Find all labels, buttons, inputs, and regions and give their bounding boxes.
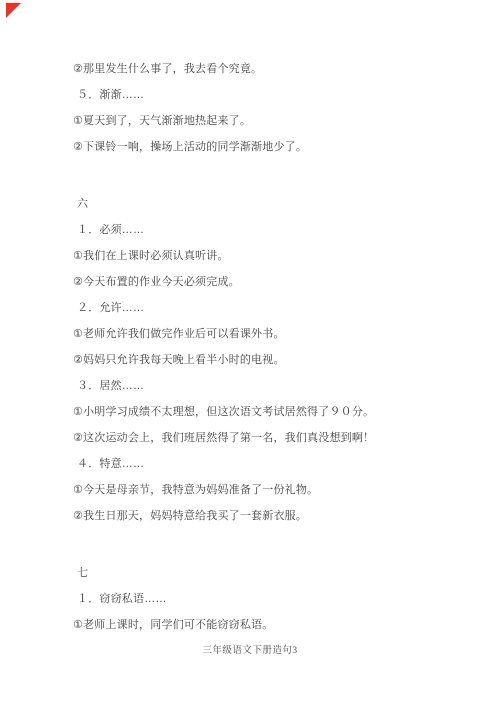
document-lines: ②那里发生什么事了，我去看个究竟。５．渐渐……①夏天到了，天气渐渐地热起来了。②…	[0, 0, 500, 638]
sentence-line: ①小明学习成绩不太理想，但这次语文考试居然得了９０分。	[0, 399, 500, 425]
sentence-line: ①老师上课时，同学们可不能窃窃私语。	[0, 612, 500, 638]
section-heading: 六	[0, 191, 500, 217]
section-heading: 七	[0, 560, 500, 586]
sentence-line: ①老师允许我们做完作业后可以看课外书。	[0, 321, 500, 347]
sentence-line: ②那里发生什么事了，我去看个究竟。	[0, 56, 500, 82]
worksheet-page: ②那里发生什么事了，我去看个究竟。５．渐渐……①夏天到了，天气渐渐地热起来了。②…	[0, 0, 500, 708]
sentence-line: ①今天是母亲节，我特意为妈妈准备了一份礼物。	[0, 477, 500, 503]
prompt-line: ５．渐渐……	[0, 82, 500, 108]
sentence-line: ②我生日那天，妈妈特意给我买了一套新衣服。	[0, 503, 500, 529]
sentence-line: ②这次运动会上，我们班居然得了第一名，我们真没想到啊！	[0, 425, 500, 451]
prompt-line: ３．居然……	[0, 373, 500, 399]
sentence-line: ②下课铃一响，操场上活动的同学渐渐地少了。	[0, 134, 500, 160]
sentence-line: ①我们在上课时必须认真听讲。	[0, 243, 500, 269]
sentence-line: ②今天布置的作业今天必须完成。	[0, 269, 500, 295]
sentence-line: ①夏天到了，天气渐渐地热起来了。	[0, 108, 500, 134]
prompt-line: １．窃窃私语……	[0, 586, 500, 612]
prompt-line: ２．允许……	[0, 295, 500, 321]
page-footer: 三年级语文下册造句3	[0, 638, 500, 664]
prompt-line: １．必须……	[0, 217, 500, 243]
sentence-line: ②妈妈只允许我每天晚上看半小时的电视。	[0, 347, 500, 373]
prompt-line: ４．特意……	[0, 451, 500, 477]
